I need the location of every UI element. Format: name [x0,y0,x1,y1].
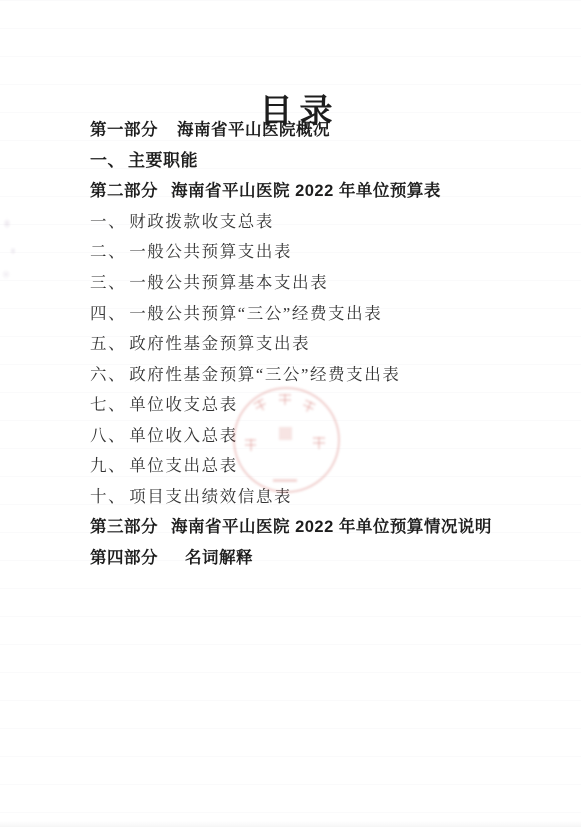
toc-entry-label: 六、 [90,361,126,385]
toc-entry-label: 二、 [90,238,126,262]
toc-entry: 第一部分 海南省平山医院概况 [90,113,492,144]
toc-entry-label: 四、 [90,300,126,324]
toc-entry-label: 九、 [90,452,126,476]
toc-entry-label: 一、 [90,146,125,171]
toc-entry: 第二部分 海南省平山医院 2022 年单位预算表 [90,174,492,205]
toc-entry: 三、 一般公共预算基本支出表 [90,266,492,297]
toc-entry: 二、 一般公共预算支出表 [90,235,492,266]
toc-entry-text: 海南省平山医院 2022 年单位预算表 [171,177,441,201]
toc-entry: 一、 财政拨款收支总表 [90,205,492,236]
toc-entry-text: 一般公共预算支出表 [129,238,292,262]
toc-entry: 六、 政府性基金预算“三公”经费支出表 [90,357,492,388]
toc-entry-text: 海南省平山医院 2022 年单位预算情况说明 [171,513,492,537]
toc-entry-text: 一般公共预算基本支出表 [129,269,328,293]
toc-entry-label: 第四部分 [90,544,158,568]
toc-entry-text: 政府性基金预算“三公”经费支出表 [129,361,400,385]
toc-entry: 七、 单位收支总表 [90,388,492,419]
toc-entry-label: 十、 [90,483,126,507]
toc-entry: 八、 单位收入总表 [90,418,492,449]
toc-entry: 一、 主要职能 [90,144,492,175]
toc-entry-label: 三、 [90,269,126,293]
toc-entry-text: 一般公共预算“三公”经费支出表 [129,300,382,324]
toc-entry: 九、 单位支出总表 [90,449,492,480]
toc-entry-text: 名词解释 [185,544,253,568]
toc-list: 第一部分 海南省平山医院概况 一、 主要职能 第二部分 海南省平山医院 2022… [90,113,492,571]
toc-entry-label: 五、 [90,330,126,354]
toc-entry-text: 财政拨款收支总表 [129,208,274,232]
toc-entry-label: 第三部分 [90,513,158,537]
label-text-gap [158,555,185,556]
toc-entry-label: 第二部分 [90,177,158,201]
toc-entry: 五、 政府性基金预算支出表 [90,327,492,358]
scan-edge-smudge [1,208,21,286]
toc-entry: 第三部分 海南省平山医院 2022 年单位预算情况说明 [90,510,492,541]
scanned-document-page: 目录 第一部分 海南省平山医院概况 一、 主要职能 第二部分 海南省平山医院 2… [0,0,581,827]
toc-entry-label: 一、 [90,208,126,232]
toc-entry-text: 单位收支总表 [129,391,238,415]
label-text-gap [158,128,177,129]
toc-entry-label: 第一部分 [90,116,158,140]
toc-entry: 十、 项目支出绩效信息表 [90,480,492,511]
toc-entry: 第四部分 名词解释 [90,541,492,572]
toc-entry-text: 海南省平山医院概况 [177,116,330,140]
toc-entry-label: 七、 [90,391,126,415]
label-text-gap [158,525,171,526]
toc-entry: 四、 一般公共预算“三公”经费支出表 [90,296,492,327]
toc-entry-text: 政府性基金预算支出表 [129,330,310,354]
toc-entry-label: 八、 [90,422,126,446]
scan-bottom-shade [0,821,581,827]
label-text-gap [158,189,171,190]
toc-entry-text: 单位支出总表 [129,452,238,476]
toc-entry-text: 项目支出绩效信息表 [129,483,292,507]
toc-entry-text: 主要职能 [128,146,198,171]
toc-entry-text: 单位收入总表 [129,422,238,446]
